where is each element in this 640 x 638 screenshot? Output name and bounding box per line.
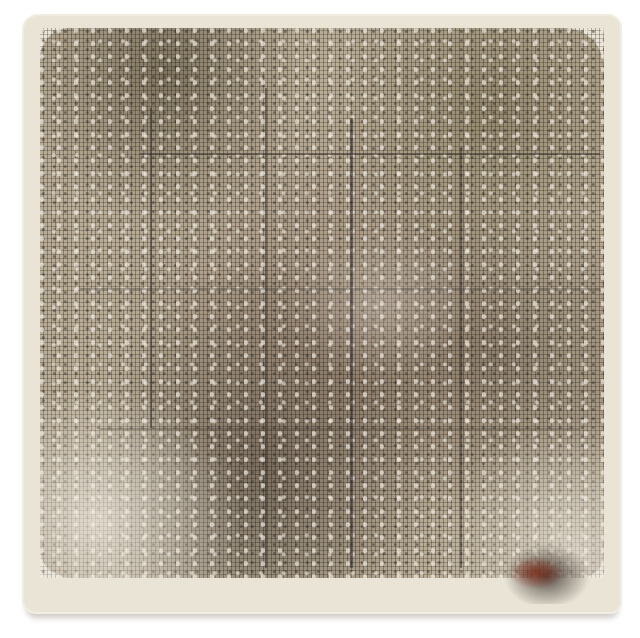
scratch-line <box>265 88 267 568</box>
scratch-line <box>100 428 580 430</box>
ceramic-tile: Square ceramic tile with linen-weave cro… <box>22 14 622 614</box>
scratch-line <box>140 153 600 155</box>
scratch-line <box>350 118 353 568</box>
image-subject: Square ceramic tile with linen-weave cro… <box>22 14 23 15</box>
stained-texture-field <box>40 28 604 578</box>
light-patches <box>40 28 604 578</box>
scratch-line <box>460 148 462 568</box>
rust-stain <box>492 534 602 604</box>
scratch-line <box>80 288 600 290</box>
scratch-line <box>150 108 152 428</box>
